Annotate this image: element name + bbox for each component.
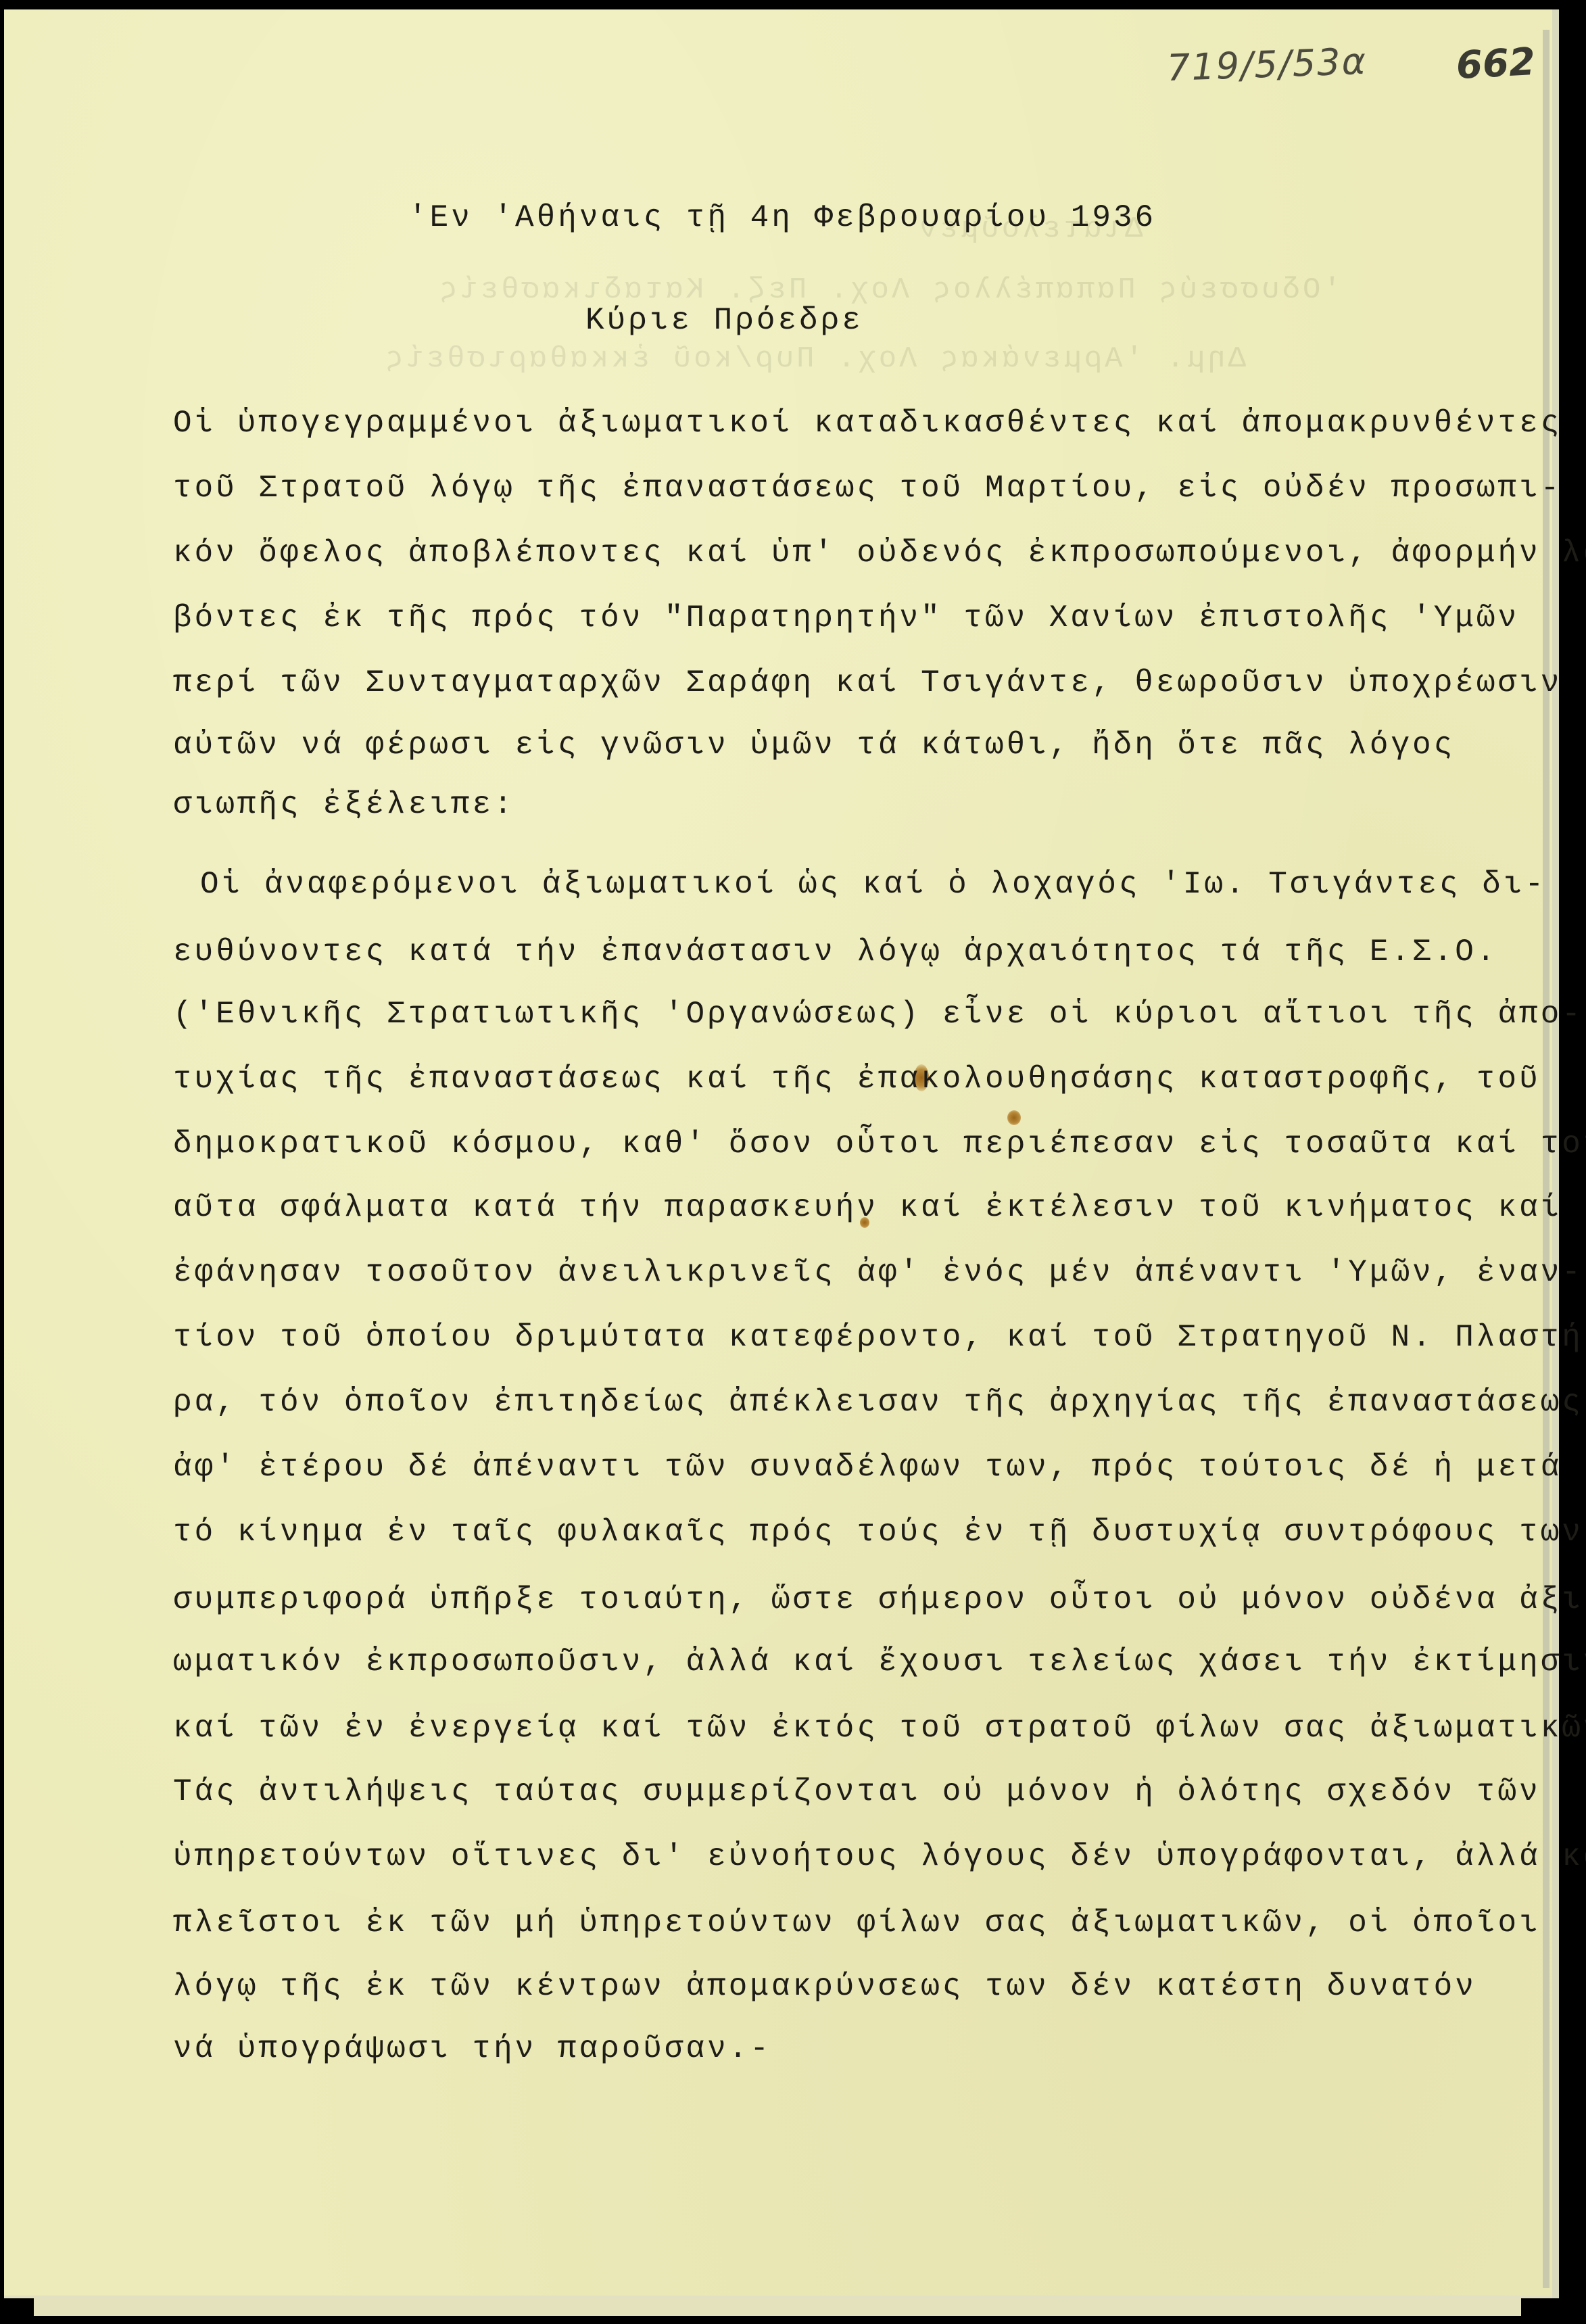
body-line: ἐφάνησαν τοσοῦτον ἀνειλικρινεῖς ἀφ' ἑνός… bbox=[173, 1255, 1583, 1290]
body-line: αὐτῶν νά φέρωσι εἰς γνῶσιν ὑμῶν τά κάτωθ… bbox=[173, 728, 1455, 763]
body-line: ρα, τόν ὁποῖον ἐπιτηδείως ἀπέκλεισαν τῆς… bbox=[173, 1385, 1586, 1420]
body-line: ωματικόν ἐκπροσωποῦσιν, ἀλλά καί ἔχουσι … bbox=[173, 1644, 1586, 1680]
body-line: βόντες ἐκ τῆς πρός τόν "Παρατηρητήν" τῶν… bbox=[173, 600, 1519, 636]
salutation: Κύριε Πρόεδρε bbox=[585, 303, 863, 338]
body-line: τοῦ Στρατοῦ λόγῳ τῆς ἐπαναστάσεως τοῦ Μα… bbox=[173, 471, 1562, 506]
dateline: 'Εν 'Αθήναις τῇ 4η Φεβρουαρίου 1936 bbox=[408, 200, 1156, 235]
body-line: ἀφ' ἑτέρου δέ ἀπέναντι τῶν συναδέλφων τω… bbox=[173, 1450, 1562, 1485]
body-line: νά ὑπογράψωσι τήν παροῦσαν.- bbox=[173, 2031, 771, 2066]
body-line: συμπεριφορά ὑπῆρξε τοιαύτη, ὥστε σήμερον… bbox=[173, 1582, 1586, 1617]
body-line: τό κίνημα ἐν ταῖς φυλακαῖς πρός τούς ἐν … bbox=[173, 1515, 1583, 1550]
body-line: ευθύνοντες κατά τήν ἐπανάστασιν λόγῳ ἀρχ… bbox=[173, 934, 1497, 970]
body-line: κόν ὄφελος ἀποβλέποντες καί ὑπ' οὐδενός … bbox=[173, 536, 1586, 571]
body-line: Οἱ ὑπογεγραμμένοι ἀξιωματικοί καταδικασθ… bbox=[173, 406, 1562, 441]
body-line: δημοκρατικοῦ κόσμου, καθ' ὅσον οὗτοι περ… bbox=[173, 1127, 1586, 1162]
body-line: λόγῳ τῆς ἐκ τῶν κέντρων ἀπομακρύνσεως τω… bbox=[173, 1969, 1476, 2004]
rust-stain bbox=[1007, 1110, 1021, 1125]
body-line: τυχίας τῆς ἐπαναστάσεως καί τῆς ἐπακολου… bbox=[173, 1062, 1541, 1097]
document-page: Διατελοῦμεν 'Οδυσσεύς Παπαπέλλος Λοχ. Πε… bbox=[4, 9, 1559, 2298]
body-line: καί τῶν ἐν ἐνεργείᾳ καί τῶν ἐκτός τοῦ στ… bbox=[173, 1711, 1586, 1746]
body-line: πλεῖστοι ἐκ τῶν μή ὑπηρετούντων φίλων σα… bbox=[173, 1905, 1541, 1941]
bleed-through-text: Δημ. 'Αρμενάκας Λοχ. Πυρ/κοῦ ἐκκαθαρισθε… bbox=[383, 342, 1246, 376]
body-line: ὑπηρετούντων οἵτινες δι' εὐνοήτους λόγου… bbox=[173, 1839, 1586, 1874]
body-line: Τάς ἀντιλήψεις ταύτας συμμερίζονται οὐ μ… bbox=[173, 1774, 1541, 1809]
body-line: αῦτα σφάλματα κατά τήν παρασκευήν καί ἐκ… bbox=[173, 1190, 1562, 1225]
archive-reference: 719/5/53α bbox=[1166, 40, 1368, 89]
body-line: τίον τοῦ ὁποίου δριμύτατα κατεφέροντο, κ… bbox=[173, 1320, 1586, 1355]
body-line: περί τῶν Συνταγματαρχῶν Σαράφη καί Τσιγά… bbox=[173, 665, 1562, 701]
body-line: σιωπῆς ἐξέλειπε: bbox=[173, 787, 515, 822]
folio-number: 662 bbox=[1455, 40, 1536, 88]
body-line: Οἱ ἀναφερόμενοι ἀξιωματικοί ὡς καί ὁ λοχ… bbox=[200, 867, 1546, 902]
bleed-through-text: 'Οδυσσεύς Παπαπέλλος Λοχ. Πεζ. Καταδικασ… bbox=[437, 273, 1341, 307]
body-line: ('Εθνικῆς Στρατιωτικῆς 'Οργανώσεως) εἶνε… bbox=[173, 997, 1583, 1032]
